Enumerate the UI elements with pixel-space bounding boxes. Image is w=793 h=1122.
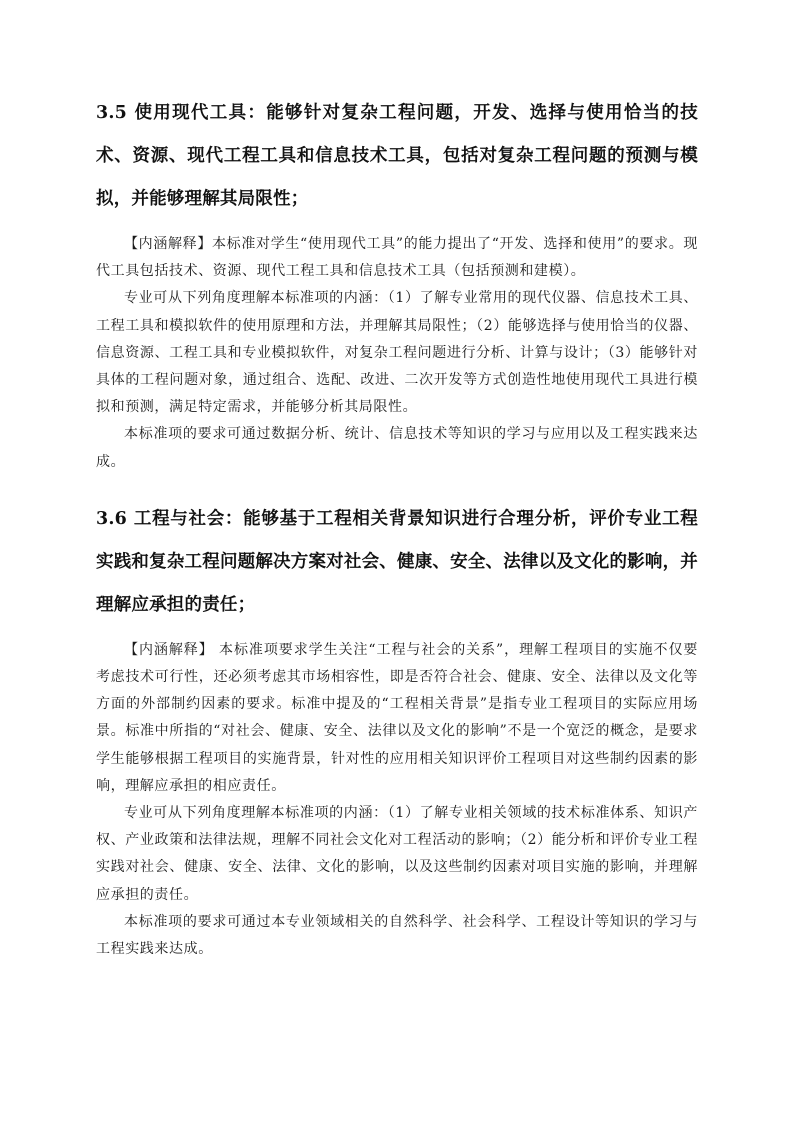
section-3-5: 3.5 使用现代工具：能够针对复杂工程问题，开发、选择与使用恰当的技术、资源、现… [96,92,698,476]
paragraph-achievement: 本标准项的要求可通过数据分析、统计、信息技术等知识的学习与应用以及工程实践来达成… [96,421,698,475]
paragraph-connotation: 专业可从下列角度理解本标准项的内涵：（1）了解专业常用的现代仪器、信息技术工具、… [96,285,698,421]
paragraph-connotation: 专业可从下列角度理解本标准项的内涵：（1）了解专业相关领域的技术标准体系、知识产… [96,800,698,909]
paragraph-interpretation: 【内涵解释】 本标准项要求学生关注“工程与社会的关系”，理解工程项目的实施不仅要… [96,637,698,800]
paragraph-interpretation: 【内涵解释】本标准对学生“使用现代工具”的能力提出了“开发、选择和使用”的要求。… [96,231,698,285]
section-heading: 3.5 使用现代工具：能够针对复杂工程问题，开发、选择与使用恰当的技术、资源、现… [96,92,698,221]
section-3-6: 3.6 工程与社会：能够基于工程相关背景知识进行合理分析，评价专业工程实践和复杂… [96,498,698,963]
document-page: 3.5 使用现代工具：能够针对复杂工程问题，开发、选择与使用恰当的技术、资源、现… [96,92,698,963]
paragraph-achievement: 本标准项的要求可通过本专业领域相关的自然科学、社会科学、工程设计等知识的学习与工… [96,909,698,963]
section-heading: 3.6 工程与社会：能够基于工程相关背景知识进行合理分析，评价专业工程实践和复杂… [96,498,698,627]
